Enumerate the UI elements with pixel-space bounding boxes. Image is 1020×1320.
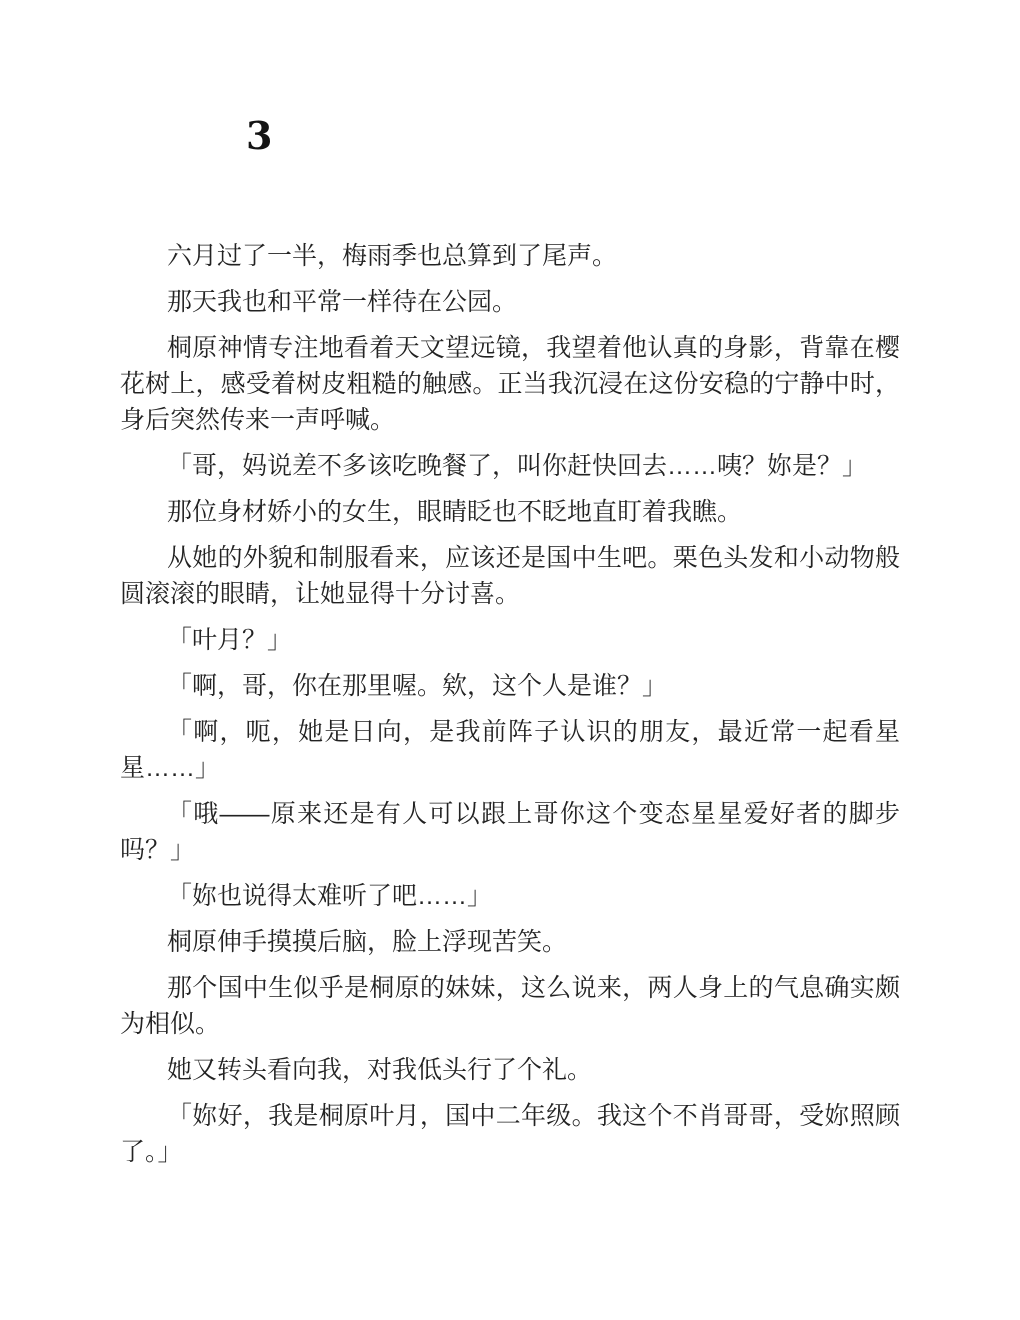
paragraph: 那天我也和平常一样待在公园。 <box>120 284 900 320</box>
paragraph-dialogue: 「妳也说得太难听了吧……」 <box>120 878 900 914</box>
paragraph-dialogue: 「妳好，我是桐原叶月，国中二年级。我这个不肖哥哥，受妳照顾了。」 <box>120 1098 900 1170</box>
paragraph: 桐原神情专注地看着天文望远镜，我望着他认真的身影，背靠在樱花树上，感受着树皮粗糙… <box>120 330 900 438</box>
chapter-number: 3 <box>246 0 900 158</box>
paragraph-dialogue: 「啊，呃，她是日向，是我前阵子认识的朋友，最近常一起看星星……」 <box>120 714 900 786</box>
paragraph: 她又转头看向我，对我低头行了个礼。 <box>120 1052 900 1088</box>
document-page: 3 六月过了一半，梅雨季也总算到了尾声。 那天我也和平常一样待在公园。 桐原神情… <box>0 0 1020 1320</box>
paragraph-dialogue: 「啊，哥，你在那里喔。欸，这个人是谁？」 <box>120 668 900 704</box>
paragraph: 从她的外貌和制服看来，应该还是国中生吧。栗色头发和小动物般圆滚滚的眼睛，让她显得… <box>120 540 900 612</box>
paragraph-dialogue: 「哦——原来还是有人可以跟上哥你这个变态星星爱好者的脚步吗？」 <box>120 796 900 868</box>
paragraph: 桐原伸手摸摸后脑，脸上浮现苦笑。 <box>120 924 900 960</box>
body-text: 六月过了一半，梅雨季也总算到了尾声。 那天我也和平常一样待在公园。 桐原神情专注… <box>120 238 900 1170</box>
paragraph: 那个国中生似乎是桐原的妹妹，这么说来，两人身上的气息确实颇为相似。 <box>120 970 900 1042</box>
paragraph-dialogue: 「哥，妈说差不多该吃晚餐了，叫你赶快回去……咦？妳是？」 <box>120 448 900 484</box>
paragraph: 那位身材娇小的女生，眼睛眨也不眨地直盯着我瞧。 <box>120 494 900 530</box>
paragraph: 六月过了一半，梅雨季也总算到了尾声。 <box>120 238 900 274</box>
paragraph-dialogue: 「叶月？」 <box>120 622 900 658</box>
